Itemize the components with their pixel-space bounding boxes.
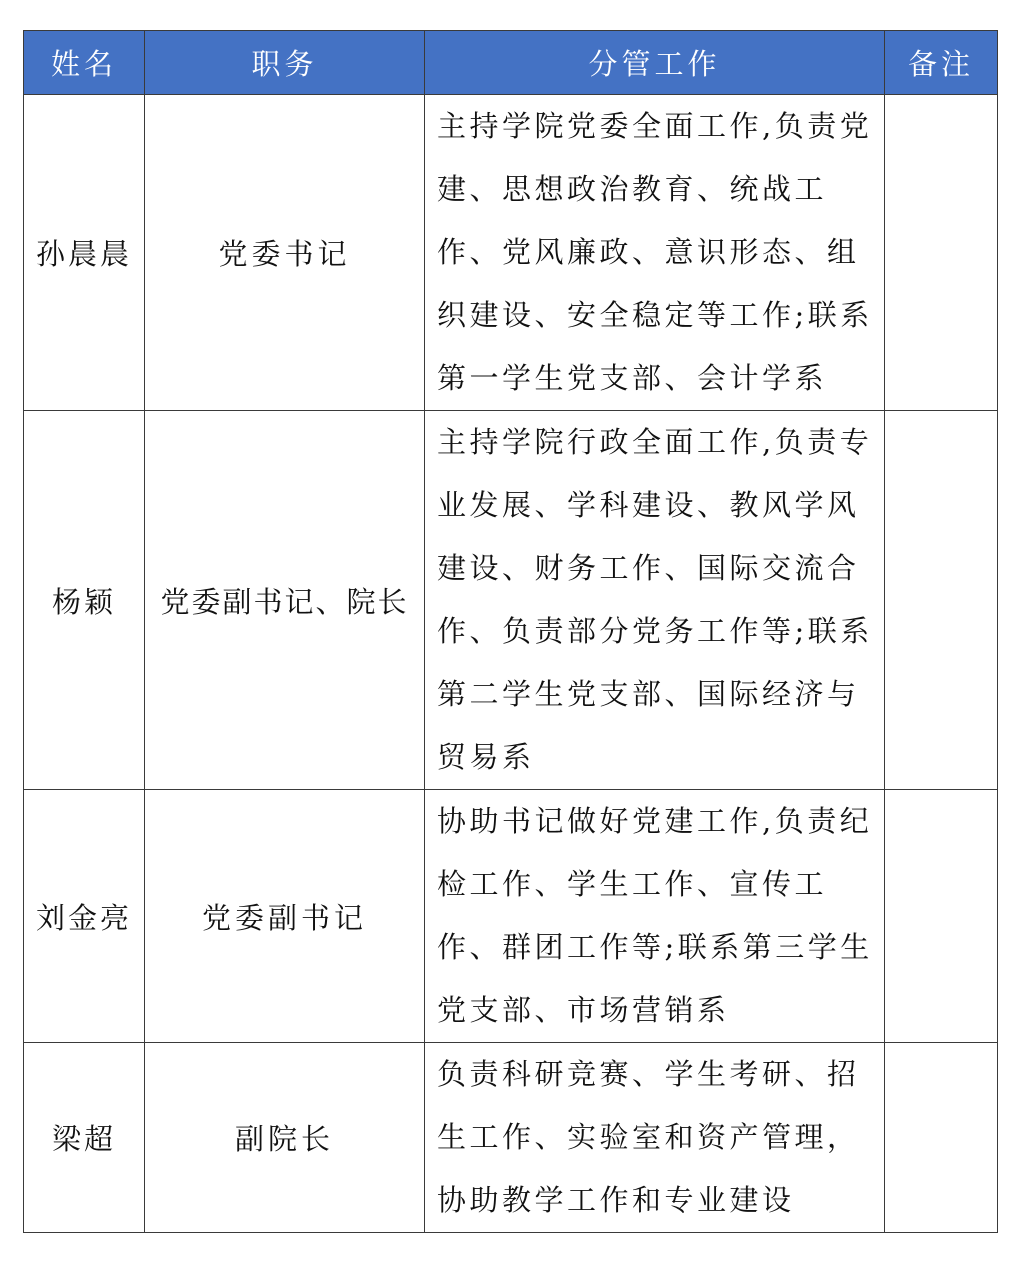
cell-remarks: [885, 1043, 998, 1233]
cell-name: 孙晨晨: [24, 95, 145, 411]
cell-remarks: [885, 95, 998, 411]
table-row: 梁超 副院长 负责科研竞赛、学生考研、招生工作、实验室和资产管理，协助教学工作和…: [24, 1043, 998, 1233]
cell-responsibilities: 协助书记做好党建工作,负责纪检工作、学生工作、宣传工作、群团工作等;联系第三学生…: [425, 790, 885, 1043]
cell-responsibilities: 主持学院行政全面工作,负责专业发展、学科建设、教风学风建设、财务工作、国际交流合…: [425, 411, 885, 790]
cell-position: 副院长: [145, 1043, 425, 1233]
leadership-duties-table: 姓名 职务 分管工作 备注 孙晨晨 党委书记 主持学院党委全面工作,负责党建、思…: [23, 30, 998, 1233]
cell-position: 党委副书记、院长: [145, 411, 425, 790]
cell-remarks: [885, 411, 998, 790]
cell-name: 梁超: [24, 1043, 145, 1233]
cell-responsibilities: 主持学院党委全面工作,负责党建、思想政治教育、统战工作、党风廉政、意识形态、组织…: [425, 95, 885, 411]
header-remarks: 备注: [885, 31, 998, 95]
header-name: 姓名: [24, 31, 145, 95]
cell-responsibilities: 负责科研竞赛、学生考研、招生工作、实验室和资产管理，协助教学工作和专业建设: [425, 1043, 885, 1233]
header-position: 职务: [145, 31, 425, 95]
table-row: 孙晨晨 党委书记 主持学院党委全面工作,负责党建、思想政治教育、统战工作、党风廉…: [24, 95, 998, 411]
cell-position: 党委副书记: [145, 790, 425, 1043]
header-responsibilities: 分管工作: [425, 31, 885, 95]
cell-name: 刘金亮: [24, 790, 145, 1043]
header-row: 姓名 职务 分管工作 备注: [24, 31, 998, 95]
cell-name: 杨颖: [24, 411, 145, 790]
table-row: 杨颖 党委副书记、院长 主持学院行政全面工作,负责专业发展、学科建设、教风学风建…: [24, 411, 998, 790]
cell-position: 党委书记: [145, 95, 425, 411]
table-row: 刘金亮 党委副书记 协助书记做好党建工作,负责纪检工作、学生工作、宣传工作、群团…: [24, 790, 998, 1043]
cell-remarks: [885, 790, 998, 1043]
